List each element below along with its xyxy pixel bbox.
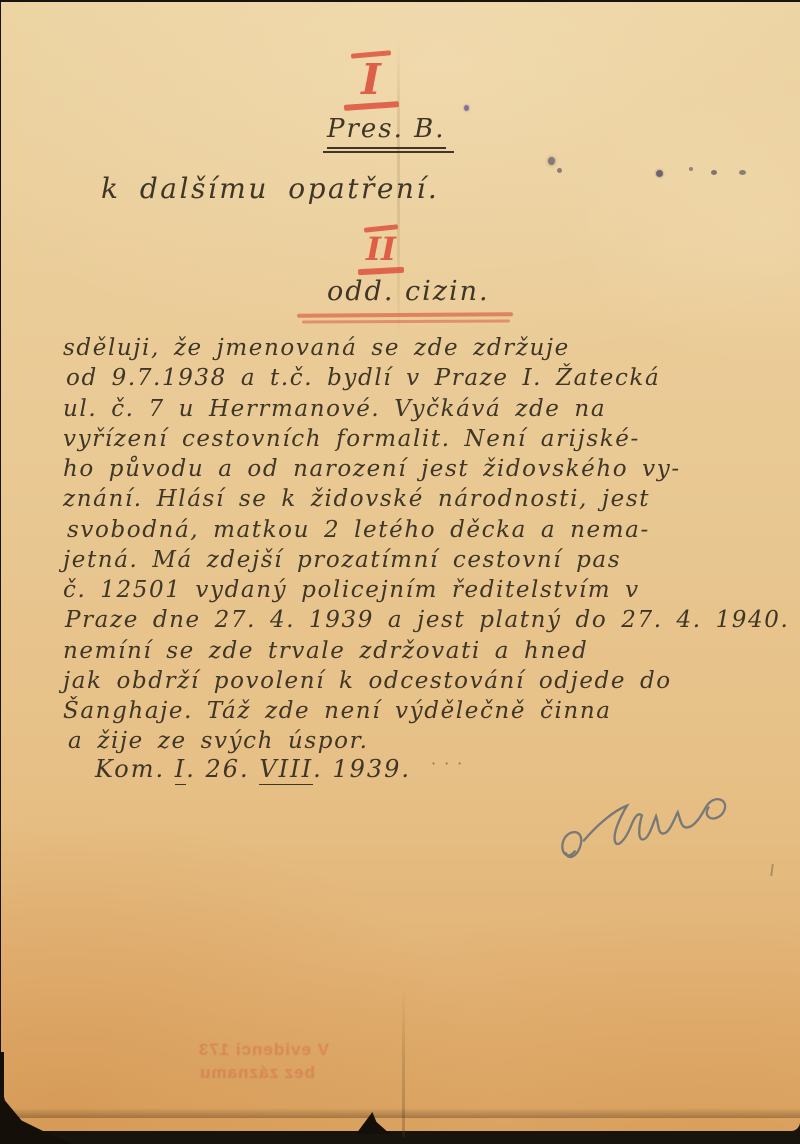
- dateline: Kom. I. 26. VIII. 1939.: [95, 755, 411, 783]
- ink-spot: [557, 168, 562, 173]
- bleedthrough-line: V evidenci 173: [119, 1040, 329, 1060]
- dateline-unit-roman: I: [175, 755, 186, 785]
- red-numeral-two: II: [353, 226, 409, 274]
- body-line: č. 12501 vydaný policejním ředitelstvím …: [63, 575, 769, 605]
- body-line: svobodná, matkou 2 letého děcka a nema-: [67, 515, 769, 545]
- dateline-year: . 1939.: [313, 755, 411, 783]
- body-line: jetná. Má zdejší prozatímní cestovní pas: [63, 545, 769, 575]
- body-line: sděluji, že jmenovaná se zde zdržuje: [63, 333, 769, 363]
- signature-mark: [549, 771, 766, 883]
- ink-spot: [656, 170, 663, 177]
- ink-spot: [711, 170, 717, 175]
- ink-spot: [464, 105, 469, 111]
- routing-note: k dalšímu opatření.: [101, 172, 439, 205]
- body-line: Šanghaje. Táž zde není výdělečně činna: [63, 696, 769, 726]
- page-edge: [0, 1052, 4, 1144]
- body-line: ul. č. 7 u Herrmanové. Vyčkává zde na: [63, 394, 769, 424]
- body-line: vyřízení cestovních formalit. Není arijs…: [63, 424, 769, 454]
- red-bar-icon: [343, 101, 398, 111]
- department-heading: odd. cizin.: [327, 276, 490, 307]
- ink-spot: [548, 157, 555, 165]
- dateline-day: . 26.: [186, 755, 259, 783]
- scan-background: { "document": { "marks": { "numeral_top"…: [0, 0, 800, 1144]
- red-numeral-one: I: [339, 52, 403, 109]
- body-line: Praze dne 27. 4. 1939 a jest platný do 2…: [65, 605, 769, 635]
- bottom-edge-shadow: [1, 1108, 800, 1118]
- reference-heading: Pres. B.: [327, 114, 446, 149]
- numeral-two-text: II: [366, 233, 396, 265]
- body-line: jak obdrží povolení k odcestování odjede…: [63, 666, 769, 696]
- bleedthrough-line: bez záznamu: [119, 1063, 315, 1083]
- ink-specks: ···: [431, 754, 470, 773]
- bleedthrough-stamp: V evidenci 173 bez záznamu: [119, 1040, 329, 1083]
- ink-spot: [739, 170, 746, 175]
- body-line: ho původu a od narození jest židovského …: [63, 454, 769, 484]
- dateline-month-roman: VIII: [259, 755, 313, 785]
- document-page: I Pres. B. k dalšímu opatření. II odd. c…: [1, 2, 800, 1131]
- body-line: nemíní se zde trvale zdržovati a hned: [63, 636, 769, 666]
- numeral-one-text: I: [361, 59, 381, 101]
- red-underline: [302, 319, 510, 323]
- body-line: od 9.7.1938 a t.č. bydlí v Praze I. Žate…: [66, 363, 769, 393]
- red-underline: [297, 312, 513, 318]
- margin-mark: [770, 864, 774, 876]
- body-line: a žije ze svých úspor.: [68, 726, 769, 756]
- body-text: sděluji, že jmenovaná se zde zdržuje od …: [63, 333, 769, 757]
- dateline-station: Kom.: [95, 755, 165, 783]
- body-line: znání. Hlásí se k židovské národnosti, j…: [63, 484, 769, 514]
- ink-spot: [689, 167, 693, 171]
- red-bar-icon: [358, 267, 404, 275]
